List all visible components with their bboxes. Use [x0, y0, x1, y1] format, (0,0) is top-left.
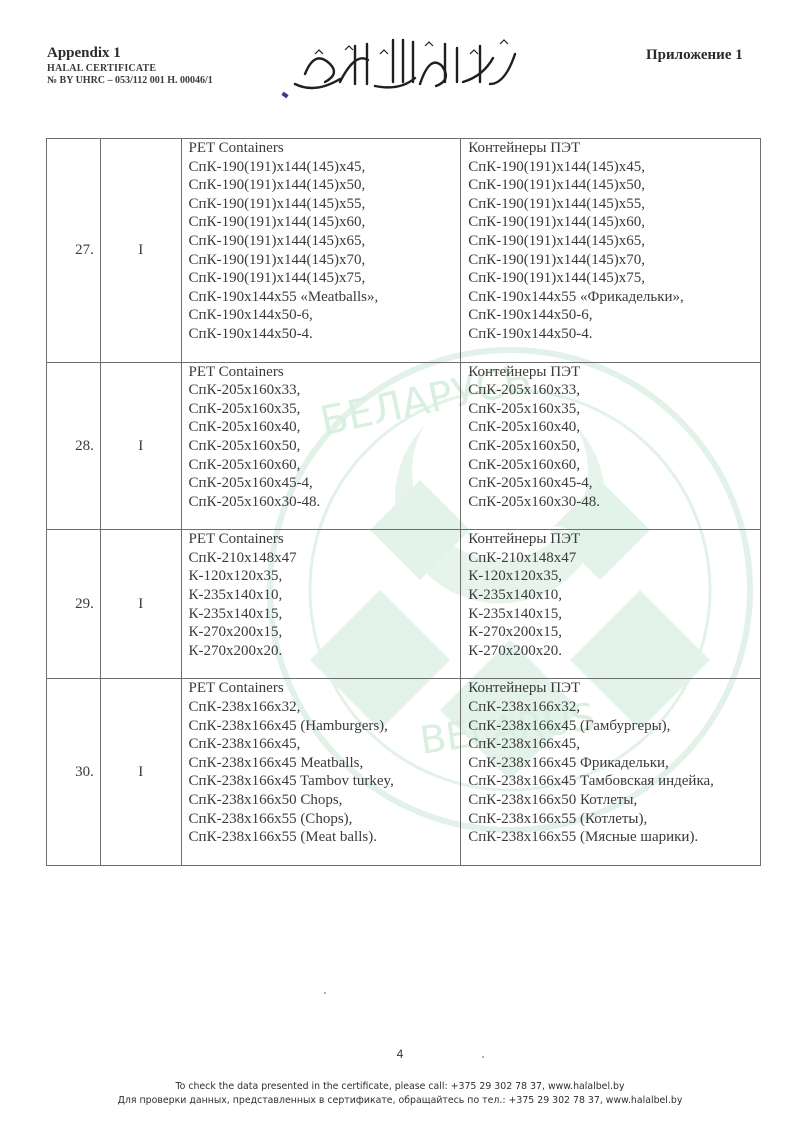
product-item: СпК-238x166x32, [468, 698, 760, 717]
product-item: СпК-238x166x50 Котлеты, [468, 791, 760, 810]
product-category: PET Containers [189, 679, 461, 698]
product-item: К-120x120x35, [468, 567, 760, 586]
product-item: К-235x140x15, [189, 605, 461, 624]
product-item: СпК-238x166x55 (Chops), [189, 810, 461, 829]
product-list-en: PET ContainersСпК-190(191)x144(145)x45,С… [181, 139, 461, 363]
product-item: СпК-190(191)x144(145)x75, [468, 269, 760, 288]
footer: To check the data presented in the certi… [0, 1080, 800, 1108]
product-category: PET Containers [189, 139, 461, 158]
product-list-en: PET ContainersСпК-210x148x47К-120x120x35… [181, 530, 461, 679]
row-number: 29. [47, 530, 101, 679]
product-item: СпК-238x166x45 Meatballs, [189, 754, 461, 773]
product-item: СпК-190(191)x144(145)x55, [468, 195, 760, 214]
row-class: I [100, 679, 181, 865]
product-list-ru: Контейнеры ПЭТСпК-190(191)x144(145)x45,С… [461, 139, 761, 363]
product-item: СпК-205x160x30-48. [189, 493, 461, 512]
row-number: 30. [47, 679, 101, 865]
product-item: К-270x200x20. [189, 642, 461, 661]
row-number: 27. [47, 139, 101, 363]
product-item: СпК-205x160x60, [189, 456, 461, 475]
product-item: К-235x140x15, [468, 605, 760, 624]
product-list-ru: Контейнеры ПЭТСпК-205x160x33,СпК-205x160… [461, 362, 761, 530]
table-row: 29.IPET ContainersСпК-210x148x47К-120x12… [47, 530, 761, 679]
row-class: I [100, 362, 181, 530]
product-category: Контейнеры ПЭТ [468, 679, 760, 698]
product-item: СпК-205x160x40, [468, 418, 760, 437]
product-list-en: PET ContainersСпК-238x166x32,СпК-238x166… [181, 679, 461, 865]
footer-line-en: To check the data presented in the certi… [0, 1080, 800, 1094]
product-item: СпК-238x166x45 (Гамбургеры), [468, 717, 760, 736]
product-item: СпК-190(191)x144(145)x75, [189, 269, 461, 288]
product-item: СпК-190x144x55 «Meatballs», [189, 288, 461, 307]
product-category: Контейнеры ПЭТ [468, 139, 760, 158]
footer-line-ru: Для проверки данных, представленных в се… [0, 1094, 800, 1108]
product-item: СпК-238x166x55 (Meat balls). [189, 828, 461, 847]
appendix-title-ru: Приложение 1 [646, 47, 743, 64]
product-item: СпК-210x148x47 [468, 549, 760, 568]
product-item: СпК-238x166x55 (Котлеты), [468, 810, 760, 829]
product-item: СпК-238x166x45 Фрикадельки, [468, 754, 760, 773]
product-item: СпК-190x144x50-4. [189, 325, 461, 344]
product-item: СпК-210x148x47 [189, 549, 461, 568]
certificate-label: HALAL CERTIFICATE [47, 64, 213, 74]
product-item: СпК-238x166x45, [189, 735, 461, 754]
product-item: СпК-205x160x33, [468, 381, 760, 400]
product-item: СпК-190(191)x144(145)x50, [189, 176, 461, 195]
table-row: 28.IPET ContainersСпК-205x160x33,СпК-205… [47, 362, 761, 530]
product-item: СпК-190x144x55 «Фрикадельки», [468, 288, 760, 307]
product-item: СпК-205x160x35, [189, 400, 461, 419]
product-list-ru: Контейнеры ПЭТСпК-238x166x32,СпК-238x166… [461, 679, 761, 865]
certificate-number: № BY UHRC – 053/112 001 H. 00046/1 [47, 76, 213, 86]
scan-speck [482, 1056, 484, 1058]
appendix-title: Appendix 1 [47, 46, 213, 61]
product-item: СпК-190(191)x144(145)x70, [468, 251, 760, 270]
product-item: СпК-190(191)x144(145)x65, [189, 232, 461, 251]
product-item: СпК-190(191)x144(145)x60, [468, 213, 760, 232]
product-item: СпК-205x160x30-48. [468, 493, 760, 512]
product-item: К-270x200x15, [468, 623, 760, 642]
row-number: 28. [47, 362, 101, 530]
table-row: 30.IPET ContainersСпК-238x166x32,СпК-238… [47, 679, 761, 865]
product-category: PET Containers [189, 530, 461, 549]
product-item: СпК-238x166x45 Tambov turkey, [189, 772, 461, 791]
certificate-products-table: 27.IPET ContainersСпК-190(191)x144(145)x… [46, 138, 761, 866]
product-item: СпК-205x160x35, [468, 400, 760, 419]
product-item: СпК-190(191)x144(145)x60, [189, 213, 461, 232]
page-number: 4 [0, 1047, 800, 1061]
product-list-en: PET ContainersСпК-205x160x33,СпК-205x160… [181, 362, 461, 530]
product-list-ru: Контейнеры ПЭТСпК-210x148x47К-120x120x35… [461, 530, 761, 679]
product-item: СпК-238x166x45, [468, 735, 760, 754]
product-item: СпК-238x166x50 Chops, [189, 791, 461, 810]
product-item: СпК-190(191)x144(145)x45, [468, 158, 760, 177]
bismillah-calligraphy [285, 34, 525, 96]
header-left: Appendix 1 HALAL CERTIFICATE № BY UHRC –… [47, 46, 213, 86]
product-item: СпК-190x144x50-6, [189, 306, 461, 325]
product-item: СпК-205x160x40, [189, 418, 461, 437]
product-item: СпК-190(191)x144(145)x50, [468, 176, 760, 195]
scan-speck [324, 992, 326, 994]
product-item: СпК-190(191)x144(145)x45, [189, 158, 461, 177]
product-item: СпК-205x160x50, [189, 437, 461, 456]
row-class: I [100, 139, 181, 363]
product-item: СпК-205x160x33, [189, 381, 461, 400]
product-category: Контейнеры ПЭТ [468, 363, 760, 382]
table-row: 27.IPET ContainersСпК-190(191)x144(145)x… [47, 139, 761, 363]
product-item: СпК-190x144x50-4. [468, 325, 760, 344]
product-item: К-235x140x10, [468, 586, 760, 605]
product-item: СпК-205x160x45-4, [189, 474, 461, 493]
product-item: СпК-190(191)x144(145)x70, [189, 251, 461, 270]
row-class: I [100, 530, 181, 679]
product-item: СпК-190x144x50-6, [468, 306, 760, 325]
product-item: К-120x120x35, [189, 567, 461, 586]
product-item: СпК-238x166x32, [189, 698, 461, 717]
product-item: К-270x200x20. [468, 642, 760, 661]
product-item: СпК-238x166x55 (Мясные шарики). [468, 828, 760, 847]
product-item: СпК-205x160x60, [468, 456, 760, 475]
product-item: К-270x200x15, [189, 623, 461, 642]
product-item: К-235x140x10, [189, 586, 461, 605]
product-item: СпК-238x166x45 (Hamburgers), [189, 717, 461, 736]
product-category: PET Containers [189, 363, 461, 382]
product-item: СпК-190(191)x144(145)x65, [468, 232, 760, 251]
product-item: СпК-205x160x45-4, [468, 474, 760, 493]
product-item: СпК-190(191)x144(145)x55, [189, 195, 461, 214]
product-item: СпК-205x160x50, [468, 437, 760, 456]
product-item: СпК-238x166x45 Тамбовская индейка, [468, 772, 760, 791]
product-category: Контейнеры ПЭТ [468, 530, 760, 549]
